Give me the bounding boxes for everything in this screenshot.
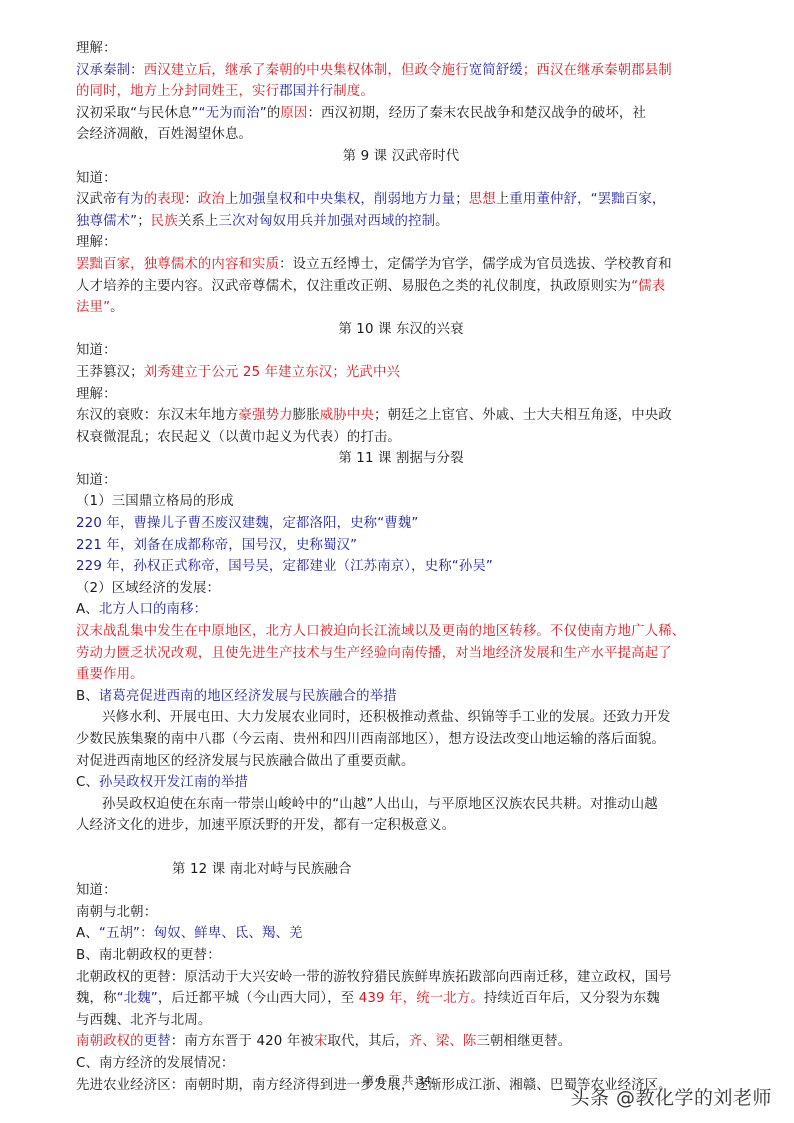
text-segment: 汉武帝 xyxy=(76,192,117,207)
text-segment: 人才培养的主要内容。汉武帝尊儒术，仅注重改正朔、易服色之类的礼仪制度，执政原则实… xyxy=(76,279,631,294)
text-line: A、北方人口的南移： xyxy=(76,599,726,621)
highlight-blue: 孙吴政权开发江南的举措 xyxy=(99,775,248,790)
text-line: 理解： xyxy=(76,384,726,406)
text-segment: 权衰微混乱；农民起义（以黄巾起义为代表）的打击。 xyxy=(76,430,401,445)
text-segment: ： xyxy=(184,192,198,207)
highlight-blue: “北魏” xyxy=(117,991,158,1006)
text-line: 汉承秦制：西汉建立后，继承了秦朝的中央集权体制，但政令施行宽简舒缓；西汉在继承秦… xyxy=(76,60,726,82)
text-line: 兴修水利、开展屯田、大力发展农业同时，还积极推动煮盐、织锦等手工业的发展。还致力… xyxy=(76,707,726,729)
text-segment: 知道： xyxy=(76,473,117,488)
text-segment: 北朝政权的更替：原活动于大兴安岭一带的游牧狩猎民族鲜卑族拓跋部向西南迁移，建立政… xyxy=(76,970,672,985)
highlight-red: 原因 xyxy=(280,106,307,121)
highlight-blue: “无为而治” xyxy=(199,106,267,121)
text-segment: A、 xyxy=(76,926,99,941)
text-line: 理解： xyxy=(76,232,726,254)
highlight-red: 法里” xyxy=(76,300,110,315)
text-segment: ：南方东晋于 420 年被 xyxy=(171,1034,314,1049)
text-segment: 魏，称 xyxy=(76,991,117,1006)
watermark-text: 头条 @教化学的刘老师 xyxy=(570,1087,772,1109)
text-segment: C、 xyxy=(76,775,99,790)
text-segment: 理解： xyxy=(76,41,117,56)
text-segment: 少数民族集聚的南中八郡（今云南、贵州和四川西南部地区），想方设法改变山地运输的落… xyxy=(76,732,665,747)
text-segment: 孙吴政权迫使在东南一带崇山峻岭中的“山越”人出山，与平原地区汉族农民共耕。对推动… xyxy=(102,797,658,812)
highlight-red: 重要作用。 xyxy=(76,667,144,682)
highlight-red: 的同时，地方上分封同姓王，实行 xyxy=(76,84,279,99)
text-segment: C、南方经济的发展情况： xyxy=(76,1056,234,1071)
lesson-title: 第 12 课 南北对峙与民族融合 xyxy=(76,859,726,881)
text-segment: 人经济文化的进步，加速平原沃野的开发，都有一定积极意义。 xyxy=(76,818,455,833)
highlight-red: 民族 xyxy=(151,214,178,229)
text-line: 与西魏、北齐与北周。 xyxy=(76,1010,726,1032)
text-line: 南朝政权的更替：南方东晋于 420 年被宋取代，其后，齐、梁、陈三朝相继更替。 xyxy=(76,1031,726,1053)
text-segment: 持续近百年后，又分裂为东魏 xyxy=(484,991,660,1006)
text-line: 人经济文化的进步，加速平原沃野的开发，都有一定积极意义。 xyxy=(76,815,726,837)
highlight-red: 刘秀建立于公元 25 年建立东汉；光武中兴 xyxy=(144,365,400,380)
text-line: 汉初采取“与民休息”“无为而治”的原因：西汉初期，经历了秦末农民战争和楚汉战争的… xyxy=(76,103,726,125)
text-segment: ； xyxy=(455,192,469,207)
text-segment: 知道： xyxy=(76,343,117,358)
text-segment: 王莽篡汉； xyxy=(76,365,144,380)
text-segment: 第 10 课 东汉的兴衰 xyxy=(338,322,463,337)
text-segment: 兴修水利、开展屯田、大力发展农业同时，还积极推动煮盐、织锦等手工业的发展。还致力… xyxy=(102,710,671,725)
text-segment: 膨胀 xyxy=(293,408,320,423)
text-line: 人才培养的主要内容。汉武帝尊儒术，仅注重改正朔、易服色之类的礼仪制度，执政原则实… xyxy=(76,276,726,298)
text-segment: 关系上 xyxy=(178,214,219,229)
lesson-title: 第 10 课 东汉的兴衰 xyxy=(76,319,726,341)
text-line: 理解： xyxy=(76,38,726,60)
text-line: 魏，称“北魏”，后迁都平城（今山西大同），至 439 年，统一北方。持续近百年后… xyxy=(76,988,726,1010)
text-line: 南朝与北朝： xyxy=(76,902,726,924)
text-line: 220 年，曹操儿子曹丕废汉建魏，定都洛阳，史称“曹魏” xyxy=(76,513,726,535)
highlight-red: 439 年，统一北方。 xyxy=(359,991,484,1006)
text-segment: ：设立五经博士，定儒学为官学，儒学成为官员选拔、学校教育和 xyxy=(279,257,672,272)
text-line: 王莽篡汉；刘秀建立于公元 25 年建立东汉；光武中兴 xyxy=(76,362,726,384)
highlight-blue: 220 年，曹操儿子曹丕废汉建魏，定都洛阳，史称“曹魏” xyxy=(76,516,418,531)
text-segment: （1）三国鼎立格局的形成 xyxy=(76,494,234,509)
text-line: B、诸葛亮促进西南的地区经济发展与民族融合的举措 xyxy=(76,686,726,708)
text-segment: 上 xyxy=(496,192,510,207)
highlight-red: 齐、梁、陈 xyxy=(409,1034,477,1049)
highlight-red: 思想 xyxy=(469,192,496,207)
text-segment: 对促进西南地区的经济发展与民族融合做出了重要贡献。 xyxy=(76,754,415,769)
highlight-blue: 229 年，孙权正式称帝，国号吴，定都建业（江苏南京），史称“孙吴” xyxy=(76,559,493,574)
text-segment: 知道： xyxy=(76,171,117,186)
text-segment: 。 xyxy=(435,214,449,229)
text-line: 少数民族集聚的南中八郡（今云南、贵州和四川西南部地区），想方设法改变山地运输的落… xyxy=(76,729,726,751)
text-segment: A、 xyxy=(76,602,99,617)
text-line: 229 年，孙权正式称帝，国号吴，定都建业（江苏南京），史称“孙吴” xyxy=(76,556,726,578)
highlight-red: “儒表 xyxy=(631,279,665,294)
text-segment: 的 xyxy=(267,106,281,121)
text-line: （1）三国鼎立格局的形成 xyxy=(76,491,726,513)
text-segment: ； xyxy=(137,214,151,229)
text-line: 知道： xyxy=(76,470,726,492)
text-line: 知道： xyxy=(76,880,726,902)
text-line: 法里”。 xyxy=(76,297,726,319)
highlight-blue: 三次对匈奴用兵并加强对西域的控制 xyxy=(219,214,436,229)
highlight-red: 豪强势力 xyxy=(239,408,293,423)
text-segment: B、南北朝政权的更替： xyxy=(76,948,221,963)
highlight-red: 的表现 xyxy=(144,192,185,207)
text-line: 的同时，地方上分封同姓王，实行郡国并行制度。 xyxy=(76,81,726,103)
text-segment: 会经济凋敝，百姓渴望休息。 xyxy=(76,127,252,142)
text-segment: 与西魏、北齐与北周。 xyxy=(76,1013,211,1028)
highlight-blue: 郡国并行 xyxy=(279,84,333,99)
lesson-title: 第 11 课 割据与分裂 xyxy=(76,448,726,470)
text-segment: 三朝相继更替。 xyxy=(476,1034,571,1049)
watermark: 头条 @教化学的刘老师 xyxy=(570,1083,772,1110)
text-line: 会经济凋敝，百姓渴望休息。 xyxy=(76,124,726,146)
highlight-red: 汉末战乱集中发生在中原地区，北方人口被迫向长江流域以及更南的地区转移。不仅使南方… xyxy=(76,624,685,639)
text-line: 孙吴政权迫使在东南一带崇山峻岭中的“山越”人出山，与平原地区汉族农民共耕。对推动… xyxy=(76,794,726,816)
text-line: 独尊儒术”；民族关系上三次对匈奴用兵并加强对西域的控制。 xyxy=(76,211,726,233)
text-segment: （2）区域经济的发展： xyxy=(76,581,220,596)
text-line: 重要作用。 xyxy=(76,664,726,686)
highlight-blue: 更替 xyxy=(144,1034,171,1049)
highlight-red: 制度。 xyxy=(333,84,374,99)
text-line: 汉末战乱集中发生在中原地区，北方人口被迫向长江流域以及更南的地区转移。不仅使南方… xyxy=(76,621,726,643)
highlight-blue: 有为 xyxy=(117,192,144,207)
text-segment: 上 xyxy=(225,192,239,207)
text-segment: 理解： xyxy=(76,235,117,250)
text-segment: ；朝廷之上宦官、外戚、士大夫相互角逐，中央政 xyxy=(374,408,672,423)
text-line: 知道： xyxy=(76,340,726,362)
text-segment: 。 xyxy=(110,300,124,315)
text-segment: ，后迁都平城（今山西大同），至 xyxy=(158,991,359,1006)
text-line: 罢黜百家，独尊儒术的内容和实质：设立五经博士，定儒学为官学，儒学成为官员选拔、学… xyxy=(76,254,726,276)
text-segment: 取代，其后， xyxy=(328,1034,409,1049)
text-line: 东汉的衰败：东汉末年地方豪强势力膨胀威胁中央；朝廷之上宦官、外戚、士大夫相互角逐… xyxy=(76,405,726,427)
highlight-blue: 独尊儒术” xyxy=(76,214,137,229)
text-line: 知道： xyxy=(76,168,726,190)
highlight-blue: “五胡”：匈奴、鲜卑、氐、羯、羌 xyxy=(99,926,303,941)
highlight-blue: 汉承秦制： xyxy=(76,63,144,78)
highlight-red: 宋 xyxy=(314,1034,328,1049)
text-segment: B、 xyxy=(76,689,99,704)
text-line: 权衰微混乱；农民起义（以黄巾起义为代表）的打击。 xyxy=(76,427,726,449)
highlight-blue: 宽简舒缓 xyxy=(469,63,523,78)
highlight-red: ；西汉在继承秦朝郡县制 xyxy=(523,63,672,78)
highlight-blue: 北方人口的南移： xyxy=(99,602,207,617)
text-line: （2）区域经济的发展： xyxy=(76,578,726,600)
highlight-red: 罢黜百家，独尊儒术的内容和实质 xyxy=(76,257,279,272)
text-line: B、南北朝政权的更替： xyxy=(76,945,726,967)
text-segment: 理解： xyxy=(76,387,117,402)
highlight-red: 南朝政权的 xyxy=(76,1034,144,1049)
highlight-red: 威胁中央 xyxy=(320,408,374,423)
text-line: 劳动力匮乏状况改观，且使先进生产技术与生产经验向南传播，对当地经济发展和生产水平… xyxy=(76,643,726,665)
highlight-blue: 加强皇权和中央集权，削弱地方力量 xyxy=(239,192,456,207)
text-line: A、“五胡”：匈奴、鲜卑、氐、羯、羌 xyxy=(76,923,726,945)
highlight-red: 政治 xyxy=(198,192,225,207)
text-line xyxy=(76,837,726,859)
highlight-blue: 诸葛亮促进西南的地区经济发展与民族融合的举措 xyxy=(99,689,397,704)
text-segment: ：西汉初期，经历了秦末农民战争和楚汉战争的破坏，社 xyxy=(307,106,646,121)
text-segment: 东汉的衰败：东汉末年地方 xyxy=(76,408,239,423)
text-segment: 第 9 课 汉武帝时代 xyxy=(343,149,460,164)
highlight-red: 劳动力匮乏状况改观，且使先进生产技术与生产经验向南传播，对当地经济发展和生产水平… xyxy=(76,646,672,661)
page-number: 第 6 页 共 34 xyxy=(363,1074,431,1087)
text-segment: 汉初采取“与民休息” xyxy=(76,106,199,121)
text-line: C、孙吴政权开发江南的举措 xyxy=(76,772,726,794)
text-line: 北朝政权的更替：原活动于大兴安岭一带的游牧狩猎民族鲜卑族拓跋部向西南迁移，建立政… xyxy=(76,967,726,989)
text-line: 对促进西南地区的经济发展与民族融合做出了重要贡献。 xyxy=(76,751,726,773)
text-line: 汉武帝有为的表现：政治上加强皇权和中央集权，削弱地方力量；思想上重用董仲舒，“罢… xyxy=(76,189,726,211)
document-page: 理解：汉承秦制：西汉建立后，继承了秦朝的中央集权体制，但政令施行宽简舒缓；西汉在… xyxy=(76,38,726,1096)
text-line: 221 年，刘备在成都称帝，国号汉，史称蜀汉” xyxy=(76,535,726,557)
highlight-blue: 221 年，刘备在成都称帝，国号汉，史称蜀汉” xyxy=(76,538,357,553)
text-segment: 第 11 课 割据与分裂 xyxy=(338,451,463,466)
text-segment: 南朝与北朝： xyxy=(76,905,157,920)
text-segment: 第 12 课 南北对峙与民族融合 xyxy=(172,862,352,877)
text-segment: 知道： xyxy=(76,883,117,898)
lesson-title: 第 9 课 汉武帝时代 xyxy=(76,146,726,168)
highlight-red: 西汉建立后，继承了秦朝的中央集权体制，但政令施行 xyxy=(144,63,469,78)
highlight-blue: 重用董仲舒，“罢黜百家， xyxy=(509,192,665,207)
